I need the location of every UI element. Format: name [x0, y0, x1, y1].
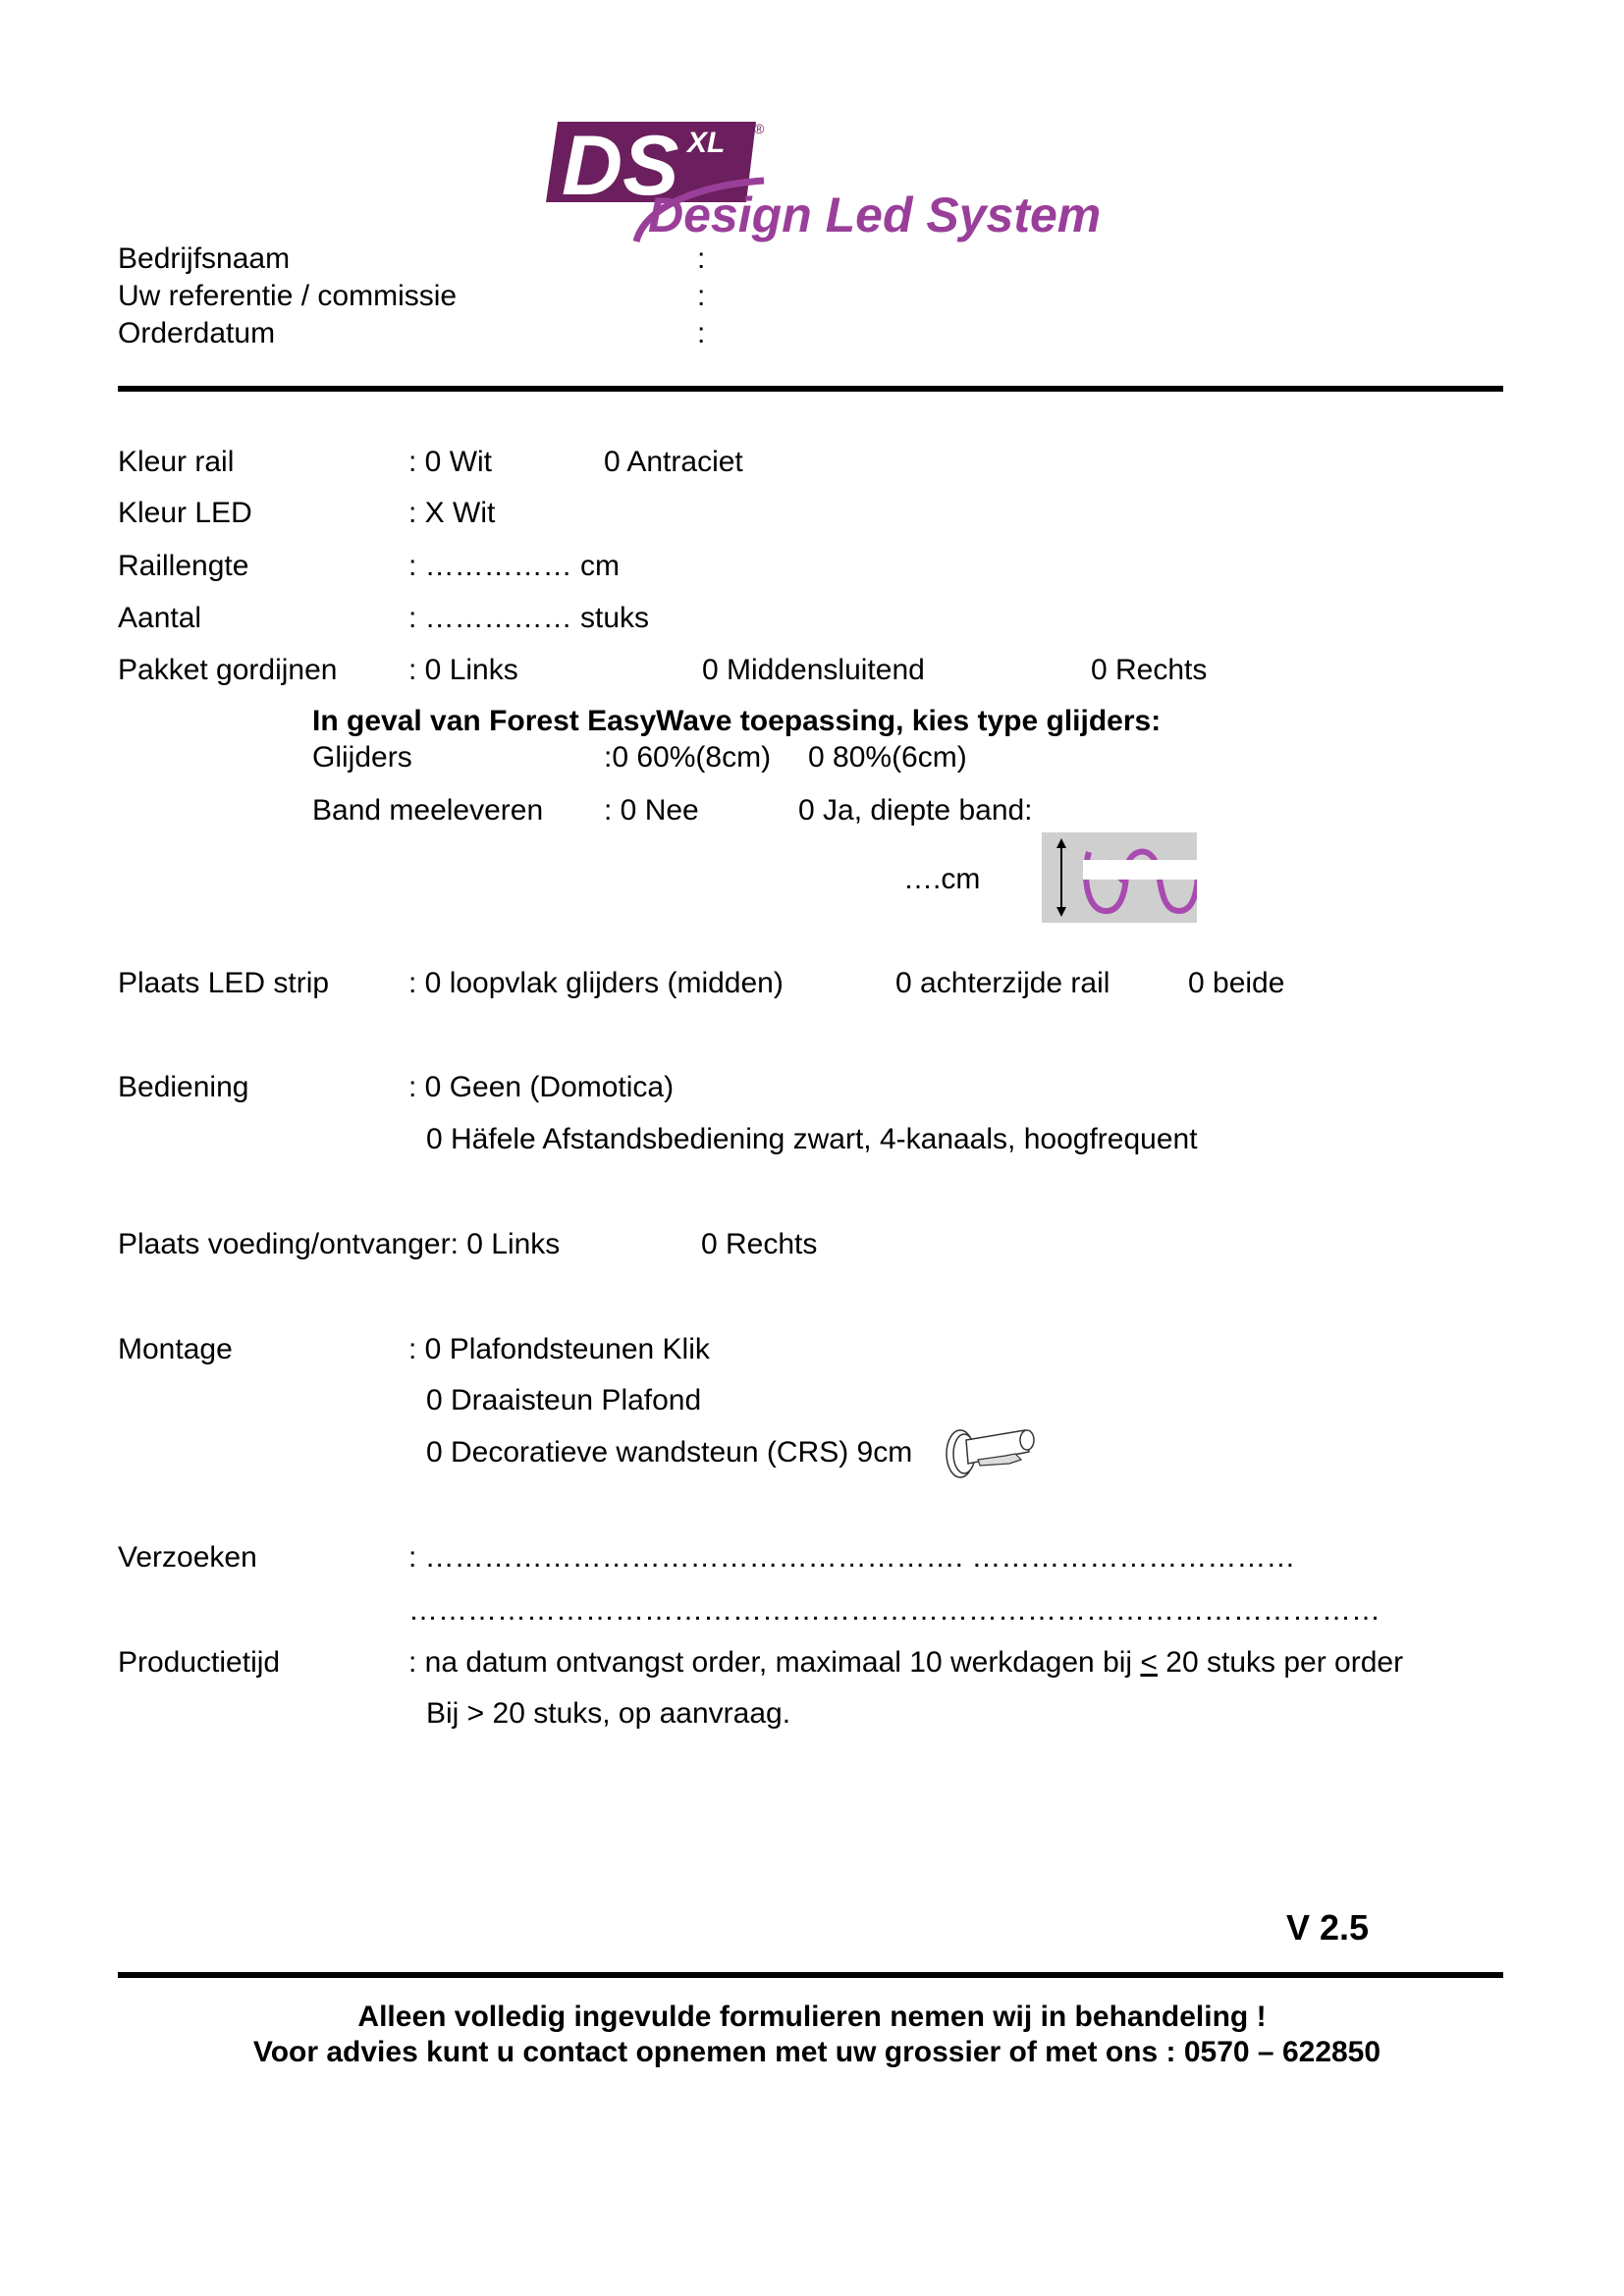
gliders-option-80[interactable]: 0 80%(6cm): [808, 741, 967, 774]
band-label: Band meeleveren: [312, 794, 543, 828]
quantity-label: Aantal: [118, 602, 201, 635]
production-time-text-post: 20 stuks per order: [1158, 1646, 1403, 1679]
svg-text:XL: XL: [685, 127, 725, 159]
power-position-option-rechts[interactable]: 0 Rechts: [701, 1228, 817, 1261]
rail-length-label: Raillengte: [118, 550, 248, 583]
production-time-label: Productietijd: [118, 1646, 280, 1680]
wall-bracket-icon: [945, 1422, 1038, 1479]
rail-color-option-wit[interactable]: : 0 Wit: [408, 446, 492, 479]
requests-field-line2[interactable]: ………………………………………………………………………………………: [408, 1594, 1380, 1628]
mounting-option-plafondsteunen[interactable]: : 0 Plafondsteunen Klik: [408, 1333, 710, 1366]
led-strip-position-label: Plaats LED strip: [118, 967, 329, 1000]
rail-length-field[interactable]: : …………… cm: [408, 550, 620, 583]
control-option-hafele[interactable]: 0 Häfele Afstandsbediening zwart, 4-kana…: [426, 1123, 1198, 1156]
company-name-field[interactable]: :: [697, 242, 705, 276]
header-divider: [118, 386, 1503, 392]
led-strip-option-beide[interactable]: 0 beide: [1188, 967, 1284, 1000]
ds-xl-logo: DS XL ® Design Led System: [538, 116, 1103, 245]
svg-text:Design Led System: Design Led System: [648, 187, 1101, 242]
mounting-option-wandsteun[interactable]: 0 Decoratieve wandsteun (CRS) 9cm: [426, 1436, 912, 1469]
led-strip-option-loopvlak[interactable]: : 0 loopvlak glijders (midden): [408, 967, 784, 1000]
footer-divider: [118, 1972, 1503, 1978]
production-time-text-pre: : na datum ontvangst order, maximaal 10 …: [408, 1646, 1140, 1679]
less-equal-symbol: <: [1140, 1646, 1158, 1679]
power-position-label[interactable]: Plaats voeding/ontvanger: 0 Links: [118, 1228, 560, 1261]
mounting-label: Montage: [118, 1333, 233, 1366]
svg-text:®: ®: [754, 121, 765, 136]
rail-color-option-antraciet[interactable]: 0 Antraciet: [604, 446, 743, 479]
led-color-value[interactable]: : X Wit: [408, 497, 495, 530]
quantity-field[interactable]: : …………… stuks: [408, 602, 649, 635]
curtain-band-depth-icon: [1042, 832, 1197, 923]
forest-easywave-heading: In geval van Forest EasyWave toepassing,…: [312, 705, 1161, 738]
reference-label: Uw referentie / commissie: [118, 280, 457, 313]
band-option-ja[interactable]: 0 Ja, diepte band:: [798, 794, 1033, 828]
order-date-field[interactable]: :: [697, 317, 705, 350]
mounting-option-draaisteun[interactable]: 0 Draaisteun Plafond: [426, 1384, 701, 1417]
control-label: Bediening: [118, 1071, 248, 1104]
curtain-package-option-links[interactable]: : 0 Links: [408, 654, 518, 687]
requests-label: Verzoeken: [118, 1541, 257, 1575]
reference-field[interactable]: :: [697, 280, 705, 313]
production-time-text: : na datum ontvangst order, maximaal 10 …: [408, 1646, 1403, 1680]
curtain-package-label: Pakket gordijnen: [118, 654, 337, 687]
led-strip-option-achterzijde[interactable]: 0 achterzijde rail: [895, 967, 1110, 1000]
gliders-label: Glijders: [312, 741, 412, 774]
footer-notice: Alleen volledig ingevulde formulieren ne…: [0, 2001, 1624, 2034]
curtain-package-option-midden[interactable]: 0 Middensluitend: [702, 654, 925, 687]
company-name-label: Bedrijfsnaam: [118, 242, 290, 276]
band-option-nee[interactable]: : 0 Nee: [604, 794, 699, 828]
version-label: V 2.5: [1286, 1908, 1369, 1948]
curtain-package-option-rechts[interactable]: 0 Rechts: [1091, 654, 1207, 687]
order-date-label: Orderdatum: [118, 317, 275, 350]
rail-color-label: Kleur rail: [118, 446, 234, 479]
band-depth-field[interactable]: ….cm: [903, 863, 980, 896]
gliders-option-60[interactable]: :0 60%(8cm): [604, 741, 771, 774]
control-option-geen[interactable]: : 0 Geen (Domotica): [408, 1071, 674, 1104]
requests-field-line1[interactable]: : ………………………………………………. ……………………………: [408, 1541, 1295, 1575]
led-color-label: Kleur LED: [118, 497, 252, 530]
footer-contact: Voor advies kunt u contact opnemen met u…: [0, 2036, 1624, 2069]
production-time-note: Bij > 20 stuks, op aanvraag.: [426, 1697, 790, 1731]
